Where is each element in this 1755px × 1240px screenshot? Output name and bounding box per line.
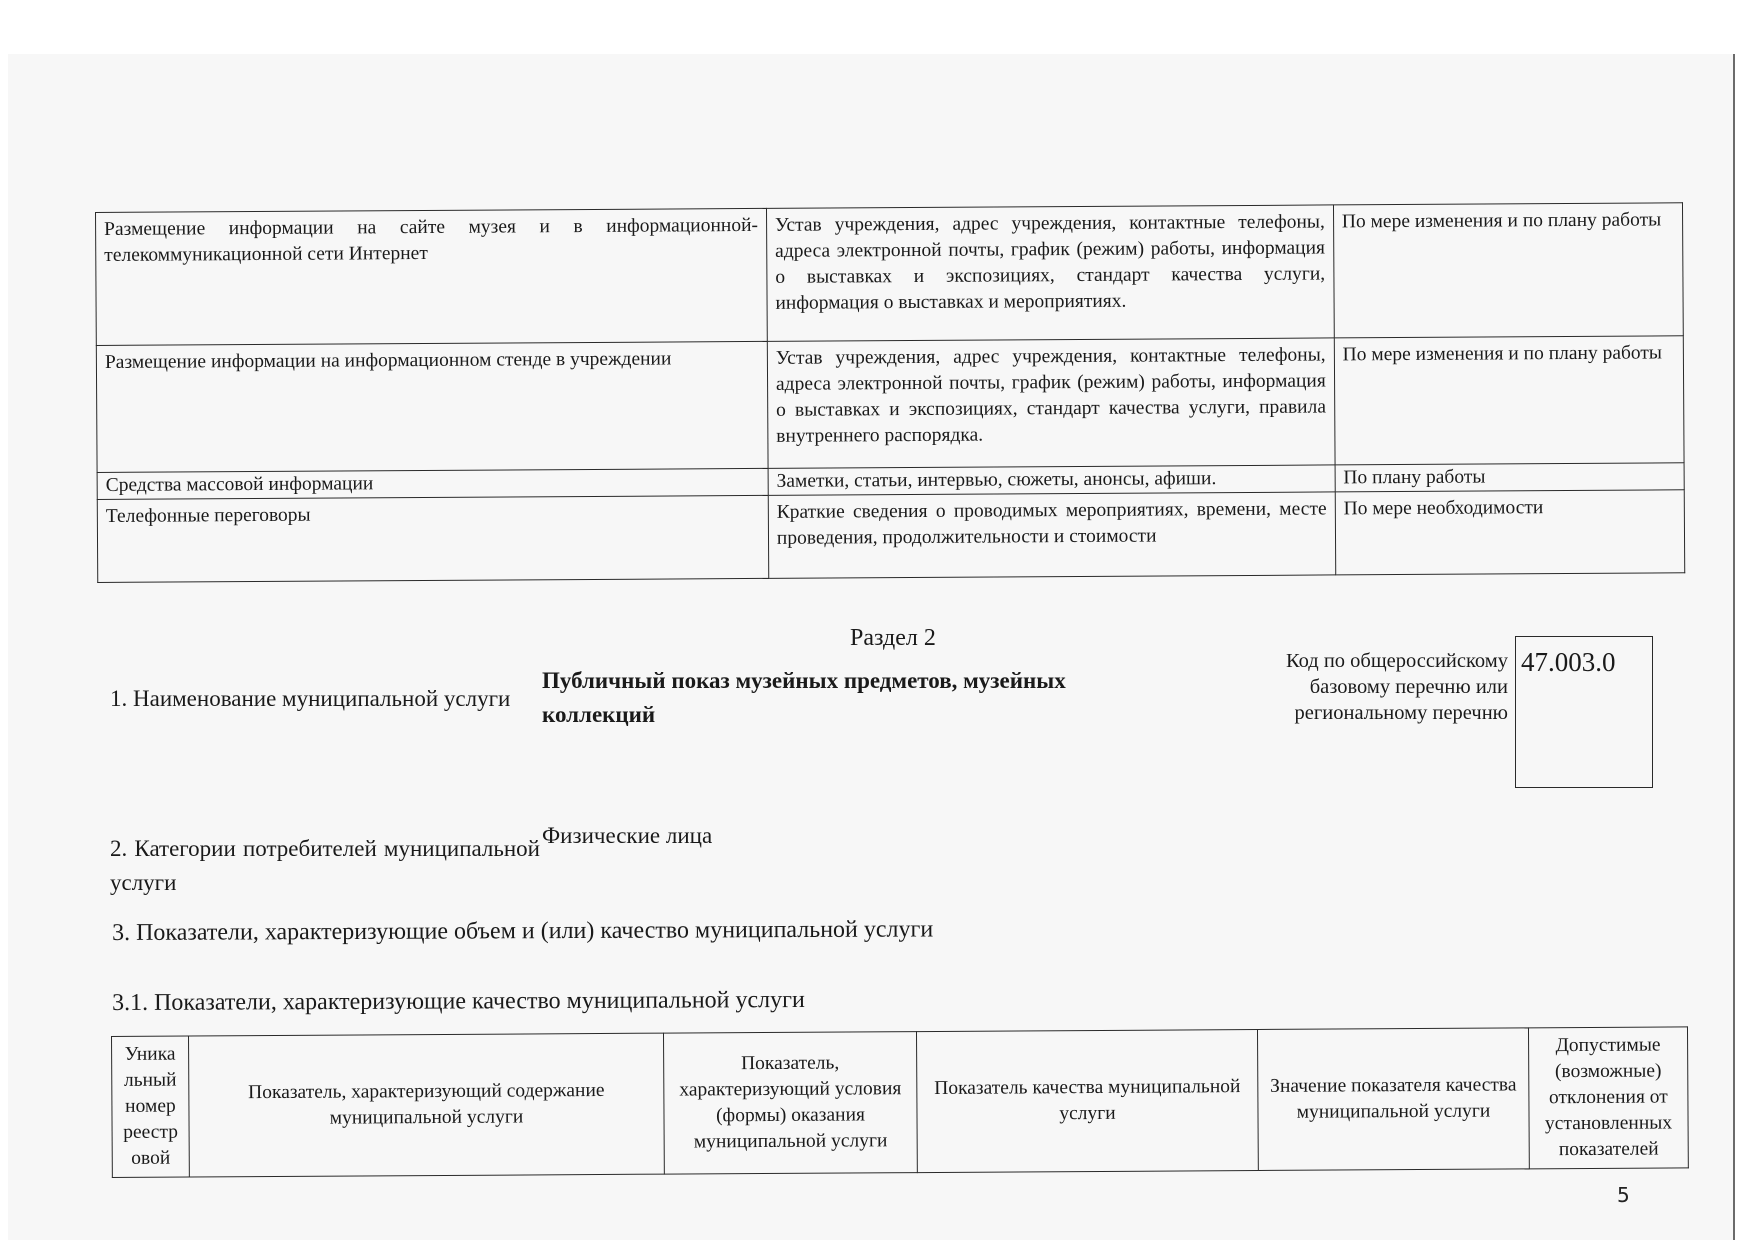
section-title: Раздел 2 (850, 625, 936, 652)
method-cell: Средства массовой информации (97, 468, 768, 499)
frequency-cell: По мере изменения и по плану работы (1333, 203, 1683, 338)
quality-indicators-table: Уника льный номер реестр овой Показатель… (111, 1026, 1689, 1178)
registry-code-label: Код по общероссийскому базовому перечню … (1250, 648, 1508, 726)
content-cell: Краткие сведения о проводимых мероприяти… (768, 492, 1335, 578)
quality-indicators-heading: 3.1. Показатели, характеризующие качеств… (112, 987, 805, 1017)
table-row: Размещение информации на сайте музея и в… (96, 203, 1684, 346)
method-cell: Телефонные переговоры (97, 495, 768, 582)
content-cell: Заметки, статьи, интервью, сюжеты, анонс… (768, 465, 1335, 495)
table-header-row: Уника льный номер реестр овой Показатель… (112, 1027, 1689, 1178)
method-cell: Размещение информации на информационном … (96, 341, 768, 472)
frequency-cell: По плану работы (1335, 463, 1684, 492)
header-conditions-indicator: Показатель, характеризующий условия (фор… (663, 1032, 917, 1175)
consumer-category-value: Физические лица (542, 823, 712, 849)
header-quality-indicator: Показатель качества муниципальной услуги (916, 1029, 1258, 1172)
header-quality-value: Значение показателя качества муниципальн… (1257, 1028, 1529, 1171)
registry-code-value: 47.003.0 (1521, 647, 1616, 677)
header-allowed-deviation: Допустимые (возможные) отклонения от уст… (1528, 1027, 1688, 1169)
table-row: Размещение информации на информационном … (96, 336, 1684, 473)
registry-code-box: 47.003.0 (1515, 636, 1653, 788)
frequency-cell: По мере изменения и по плану работы (1334, 336, 1684, 465)
header-registry-number: Уника льный номер реестр овой (112, 1036, 190, 1177)
frequency-cell: По мере необходимости (1335, 490, 1685, 575)
information-methods-table: Размещение информации на сайте музея и в… (95, 202, 1685, 583)
header-content-indicator: Показатель, характеризующий содержание м… (189, 1033, 665, 1177)
service-name-label: 1. Наименование муниципальной услуги (110, 682, 540, 716)
method-cell: Размещение информации на сайте музея и в… (96, 208, 768, 345)
table-row: Телефонные переговоры Краткие сведения о… (97, 490, 1684, 583)
service-name-value: Публичный показ музейных предметов, музе… (542, 664, 1182, 732)
content-cell: Устав учреждения, адрес учреждения, конт… (766, 205, 1334, 341)
consumer-category-label: 2. Категории потребителей муниципальной … (110, 832, 540, 900)
page-number: 5 (1617, 1183, 1630, 1207)
indicators-heading: 3. Показатели, характеризующие объем и (… (112, 916, 933, 947)
content-cell: Устав учреждения, адрес учреждения, конт… (767, 338, 1335, 468)
